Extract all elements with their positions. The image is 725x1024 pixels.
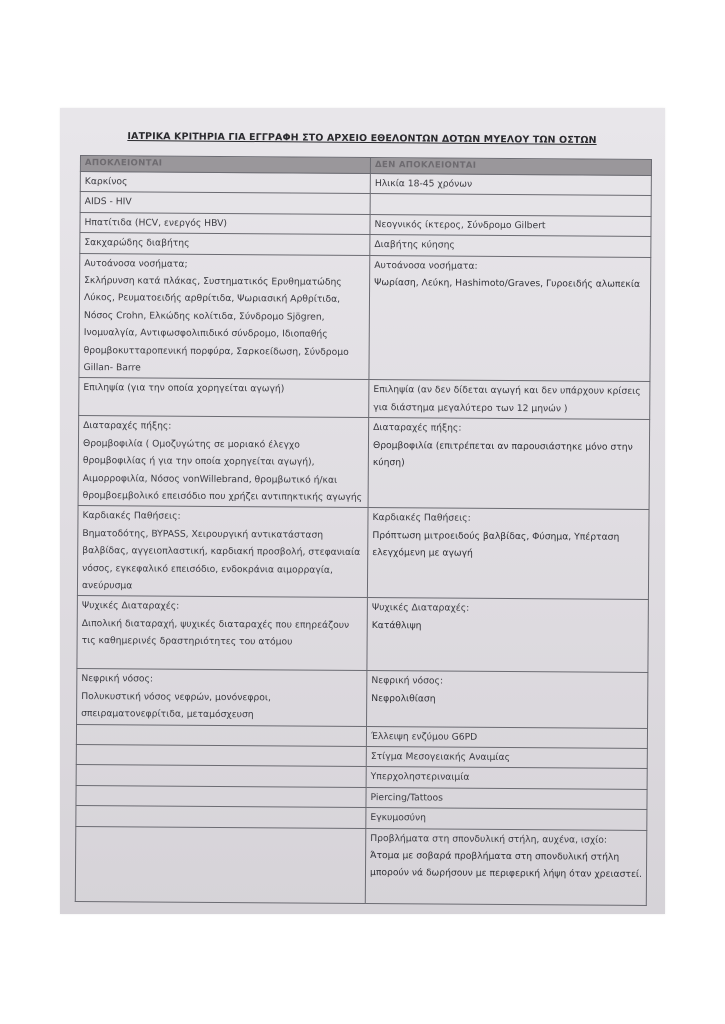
criterion-title: Στίγμα Μεσογειακής Αναιμίας xyxy=(371,748,643,767)
not-excluded-cell xyxy=(370,194,651,216)
excluded-cell xyxy=(76,785,366,807)
criterion-title: Προβλήματα στη σπονδυλική στήλη, αυχένα,… xyxy=(370,830,642,849)
criterion-title: Καρδιακές Παθήσεις: xyxy=(82,507,363,526)
criterion-title: Διαβήτης κύησης xyxy=(374,236,646,255)
criterion-details: Ψωρίαση, Λεύκη, Hashimoto/Graves, Γυροει… xyxy=(374,274,646,293)
criterion-title: Νεογνικός ίκτερος, Σύνδρομο Gilbert xyxy=(374,216,646,235)
table-row: Καρδιακές Παθήσεις:Βηματοδότης, BYPASS, … xyxy=(77,506,649,600)
excluded-cell: Ψυχικές Διαταραχές:Διπολική διαταραχή, ψ… xyxy=(77,596,368,671)
criterion-details: Θρομβοφιλία ( Ομοζυγώτης σε μοριακό έλεγ… xyxy=(83,435,365,507)
criterion-title xyxy=(80,828,361,830)
not-excluded-cell: Νεφρική νόσος:Νεφρολιθίαση xyxy=(367,671,648,728)
criterion-title: Νεφρική νόσος: xyxy=(371,672,643,691)
criterion-details xyxy=(81,766,362,768)
not-excluded-cell: Προβλήματα στη σπονδυλική στήλη, αυχένα,… xyxy=(365,828,646,905)
criterion-title: Ηλικία 18-45 χρόνων xyxy=(375,175,647,194)
criterion-title: Ηπατίτιδα (HCV, ενεργός HBV) xyxy=(84,214,365,233)
criterion-details: Άτομα με σοβαρά προβλήματα στη σπονδυλικ… xyxy=(370,847,642,884)
criterion-details: Πρόπτωση μιτροειδούς βαλβίδας, Φύσημα, Υ… xyxy=(372,527,644,564)
criterion-details: Βηματοδότης, BYPASS, Χειρουργική αντικατ… xyxy=(82,525,364,597)
criterion-title: Διαταραχές πήξης: xyxy=(373,419,645,438)
criterion-title: Καρκίνος xyxy=(85,173,366,192)
not-excluded-cell: Ηλικία 18-45 χρόνων xyxy=(370,174,651,196)
criterion-title xyxy=(81,787,362,789)
table-row: Νεφρική νόσος:Πολυκυστική νόσος νεφρών, … xyxy=(77,669,648,728)
criterion-title: Επιληψία (για την οποία χορηγείται αγωγή… xyxy=(83,379,364,398)
criterion-title: Σακχαρώδης διαβήτης xyxy=(84,234,365,253)
criterion-details: Διπολική διαταραχή, ψυχικές διαταραχές π… xyxy=(82,615,363,652)
excluded-cell: Καρκίνος xyxy=(80,172,370,194)
table-row: Προβλήματα στη σπονδυλική στήλη, αυχένα,… xyxy=(75,826,647,905)
criterion-title xyxy=(81,726,362,728)
excluded-cell: Καρδιακές Παθήσεις:Βηματοδότης, BYPASS, … xyxy=(77,506,368,598)
not-excluded-cell: Νεογνικός ίκτερος, Σύνδρομο Gilbert xyxy=(370,214,651,236)
criterion-details xyxy=(81,746,362,748)
not-excluded-cell: Εγκυμοσύνη xyxy=(366,808,647,830)
criterion-title: AIDS - HIV xyxy=(85,193,366,212)
criterion-title: Εγκυμοσύνη xyxy=(370,809,642,828)
not-excluded-cell: Διαβήτης κύησης xyxy=(370,235,651,257)
criterion-details xyxy=(80,807,361,809)
excluded-cell xyxy=(75,826,366,903)
criterion-details: Κατάθλιψη xyxy=(372,617,644,636)
criterion-title: Ψυχικές Διαταραχές: xyxy=(82,597,363,616)
excluded-cell xyxy=(76,744,366,766)
not-excluded-cell: Αυτοάνοσα νοσήματα:Ψωρίαση, Λεύκη, Hashi… xyxy=(369,255,651,382)
criterion-details: Πολυκυστική νόσος νεφρών, μονόνεφροι, σπ… xyxy=(81,688,362,725)
excluded-cell: Επιληψία (για την οποία χορηγείται αγωγή… xyxy=(79,378,369,418)
criterion-title: Διαταραχές πήξης: xyxy=(83,417,364,436)
not-excluded-cell: Έλλειψη ενζύμου G6PD xyxy=(366,726,647,748)
criteria-table: ΑΠΟΚΛΕΙΟΝΤΑΙ ΔΕΝ ΑΠΟΚΛΕΙΟΝΤΑΙ ΚαρκίνοςΗλ… xyxy=(75,155,652,906)
criterion-title: Ψυχικές Διαταραχές: xyxy=(372,599,644,618)
table-row: Επιληψία (για την οποία χορηγείται αγωγή… xyxy=(79,378,650,420)
not-excluded-cell: Υπερχοληστεριναιμία xyxy=(366,767,647,789)
excluded-cell xyxy=(76,724,366,746)
criterion-title xyxy=(81,766,362,768)
criterion-title: Καρδιακές Παθήσεις: xyxy=(372,509,644,528)
excluded-cell: AIDS - HIV xyxy=(80,192,370,214)
criterion-title: Υπερχοληστεριναιμία xyxy=(371,768,643,787)
criterion-title: Επιληψία (αν δεν δίδεται αγωγή και δεν υ… xyxy=(373,382,645,419)
criterion-title: Νεφρική νόσος: xyxy=(81,670,362,689)
criterion-details: Σκλήρυνση κατά πλάκας, Συστηματικός Ερυθ… xyxy=(83,272,365,378)
criterion-details xyxy=(81,787,362,789)
excluded-cell xyxy=(76,765,366,787)
not-excluded-cell: Στίγμα Μεσογειακής Αναιμίας xyxy=(366,746,647,768)
criterion-title xyxy=(375,195,647,197)
criterion-details xyxy=(80,828,361,830)
criterion-title: Αυτοάνοσα νοσήματα; xyxy=(84,255,365,274)
not-excluded-cell: Διαταραχές πήξης:Θρομβοφιλία (επιτρέπετα… xyxy=(368,418,650,510)
not-excluded-cell: Ψυχικές Διαταραχές:Κατάθλιψη xyxy=(367,598,648,673)
not-excluded-cell: Επιληψία (αν δεν δίδεται αγωγή και δεν υ… xyxy=(369,380,650,420)
column-header-not-excluded: ΔΕΝ ΑΠΟΚΛΕΙΟΝΤΑΙ xyxy=(370,158,651,176)
excluded-cell: Αυτοάνοσα νοσήματα;Σκλήρυνση κατά πλάκας… xyxy=(79,253,370,380)
excluded-cell: Διαταραχές πήξης:Θρομβοφιλία ( Ομοζυγώτη… xyxy=(78,416,369,508)
excluded-cell: Νεφρική νόσος:Πολυκυστική νόσος νεφρών, … xyxy=(77,669,367,726)
table-row: Αυτοάνοσα νοσήματα;Σκλήρυνση κατά πλάκας… xyxy=(79,253,651,382)
excluded-cell: Ηπατίτιδα (HCV, ενεργός HBV) xyxy=(80,212,370,234)
criterion-details: Νεφρολιθίαση xyxy=(371,690,643,709)
criterion-title: Piercing/Tattoos xyxy=(370,789,642,808)
table-row: Ψυχικές Διαταραχές:Διπολική διαταραχή, ψ… xyxy=(77,596,648,673)
excluded-cell xyxy=(76,806,366,828)
criterion-title: Αυτοάνοσα νοσήματα: xyxy=(374,257,646,276)
criterion-details: Θρομβοφιλία (επιτρέπεται αν παρουσιάστηκ… xyxy=(373,437,645,474)
not-excluded-cell: Καρδιακές Παθήσεις:Πρόπτωση μιτροειδούς … xyxy=(367,508,649,600)
criterion-details xyxy=(81,726,362,728)
not-excluded-cell: Piercing/Tattoos xyxy=(366,787,647,809)
excluded-cell: Σακχαρώδης διαβήτης xyxy=(80,233,370,255)
table-row: Διαταραχές πήξης:Θρομβοφιλία ( Ομοζυγώτη… xyxy=(78,416,650,510)
criterion-details xyxy=(375,195,647,197)
criterion-title xyxy=(81,746,362,748)
criterion-title: Έλλειψη ενζύμου G6PD xyxy=(371,728,643,747)
criterion-title xyxy=(80,807,361,809)
